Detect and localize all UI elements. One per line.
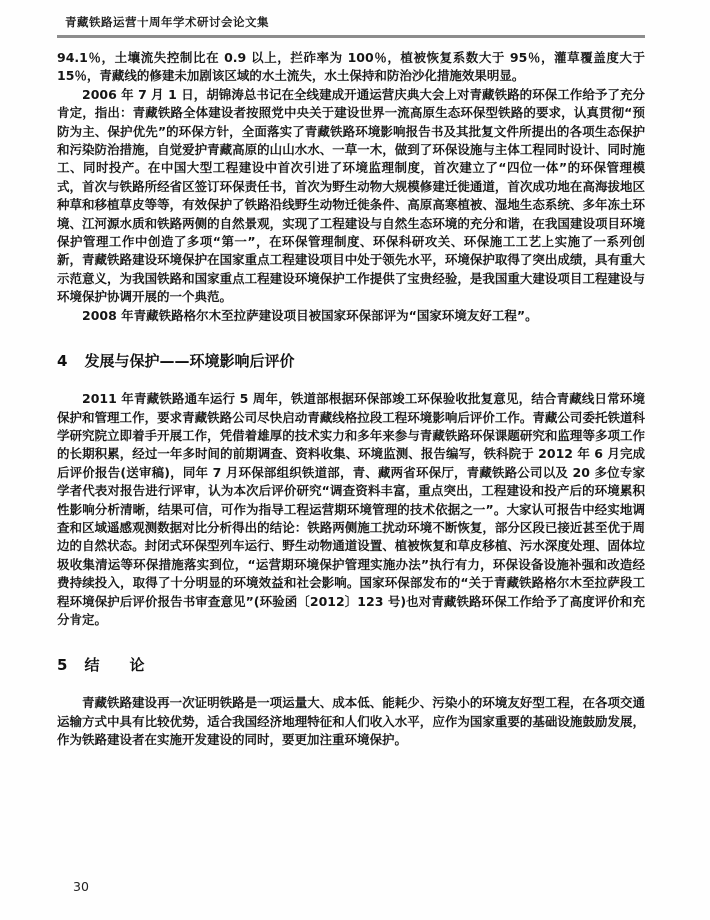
paragraph-continuation: 94.1％，土壤流失控制比在 0.9 以上，拦砟率为 100％，植被恢复系数大于… [57, 49, 645, 86]
page-number: 30 [73, 879, 89, 894]
section-4-heading: 4发展与保护——环境影响后评价 [57, 350, 645, 371]
document-page: 青藏铁路运营十周年学术研讨会论文集 94.1％，土壤流失控制比在 0.9 以上，… [0, 0, 710, 920]
header-rule [57, 35, 645, 38]
section-4-title: 发展与保护——环境影响后评价 [84, 352, 294, 370]
section-5-number: 5 [57, 656, 67, 674]
section-4-number: 4 [57, 352, 67, 370]
running-header-title: 青藏铁路运营十周年学术研讨会论文集 [57, 14, 645, 30]
article-body: 94.1％，土壤流失控制比在 0.9 以上，拦砟率为 100％，植被恢复系数大于… [57, 49, 645, 750]
section-5-title: 结 论 [84, 656, 144, 674]
paragraph-section-5: 青藏铁路建设再一次证明铁路是一项运量大、成本低、能耗少、污染小的环境友好型工程，… [57, 694, 645, 749]
paragraph-section-4: 2011 年青藏铁路通车运行 5 周年，铁道部根据环保部竣工环保验收批复意见，结… [57, 390, 645, 629]
section-5-heading: 5结 论 [57, 654, 645, 675]
page-content: 青藏铁路运营十周年学术研讨会论文集 94.1％，土壤流失控制比在 0.9 以上，… [57, 14, 645, 750]
paragraph-2008: 2008 年青藏铁路格尔木至拉萨建设项目被国家环保部评为“国家环境友好工程”。 [57, 307, 645, 325]
paragraph-2006: 2006 年 7 月 1 日，胡锦涛总书记在全线建成开通运营庆典大会上对青藏铁路… [57, 86, 645, 307]
